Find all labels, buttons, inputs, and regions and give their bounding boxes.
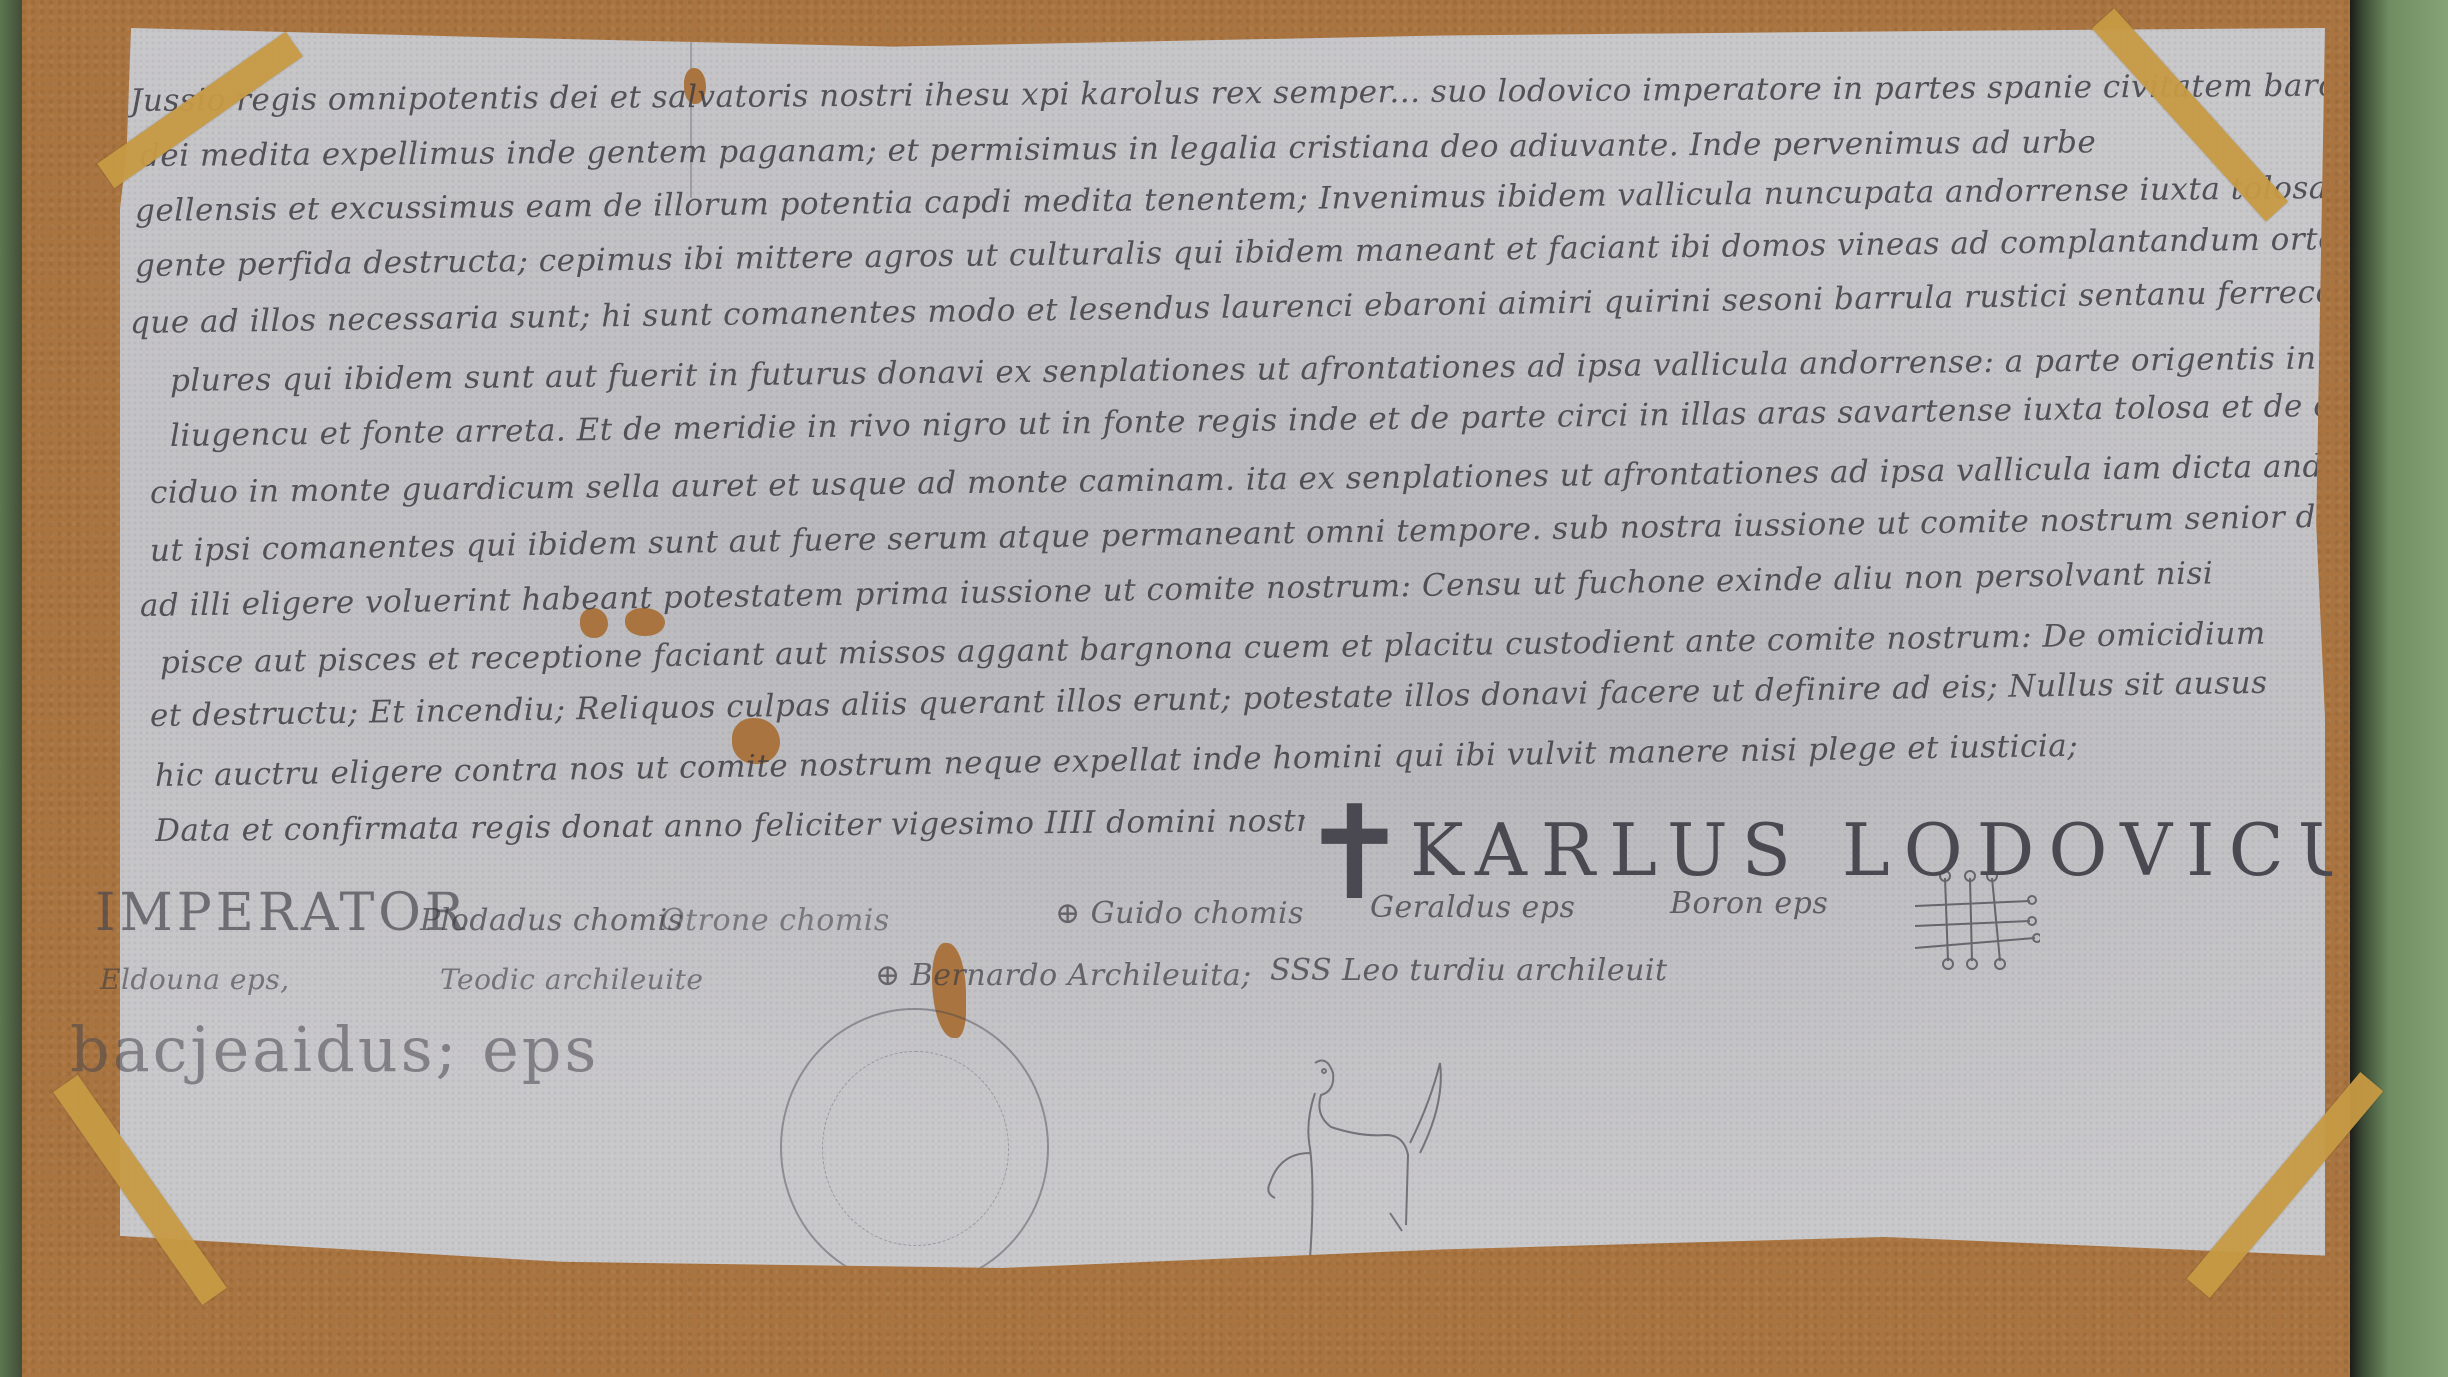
text-line: gente perfida destructa; cepimus ibi mit…: [135, 218, 2448, 284]
text-line: hic auctru eligere contra nos ut comite …: [155, 728, 2079, 794]
text-line: liugencu et fonte arreta. Et de meridie …: [170, 388, 2351, 454]
text-line: dei medita expellimus inde gentem pagana…: [140, 124, 2097, 174]
monogram-grid-icon: [1910, 866, 2040, 976]
imperator-title: IMPERATOR: [95, 883, 468, 943]
subscription: ⊕ Guido chomis: [1055, 896, 1304, 931]
frame-edge-right: [2350, 0, 2448, 1377]
subscription: Eldouna eps,: [100, 963, 290, 996]
text-line: Data et confirmata regis donat anno feli…: [155, 803, 1305, 849]
parchment-charter: Jussio regis omnipotentis dei et salvato…: [120, 28, 2325, 1268]
subscription: ⊕ Bernardo Archileuita;: [875, 958, 1252, 993]
bottom-signature: bacjeaidus; eps: [70, 1013, 599, 1086]
subscription: Geraldus eps: [1370, 890, 1575, 925]
animal-drawing-icon: [1220, 1053, 1460, 1273]
text-line: plures qui ibidem sunt aut fuerit in fut…: [170, 339, 2435, 399]
subscription: Plodadus chomis: [420, 903, 684, 938]
text-line: Jussio regis omnipotentis dei et salvato…: [130, 66, 2448, 119]
text-line: que ad illos necessaria sunt; hi sunt co…: [130, 272, 2448, 341]
subscription: SSS Leo turdiu archileuit: [1270, 953, 1668, 988]
seal-drawing: [780, 1008, 1049, 1287]
subscription: Otrone chomis: [660, 903, 890, 938]
text-line: ad illi eligere voluerint habeant potest…: [140, 555, 2214, 624]
subscription: Teodic archileuite: [440, 963, 703, 996]
seal-inner-ring: [822, 1051, 1010, 1246]
subscription: Boron eps: [1670, 886, 1828, 921]
text-line: gellensis et excussimus eam de illorum p…: [135, 169, 2448, 229]
